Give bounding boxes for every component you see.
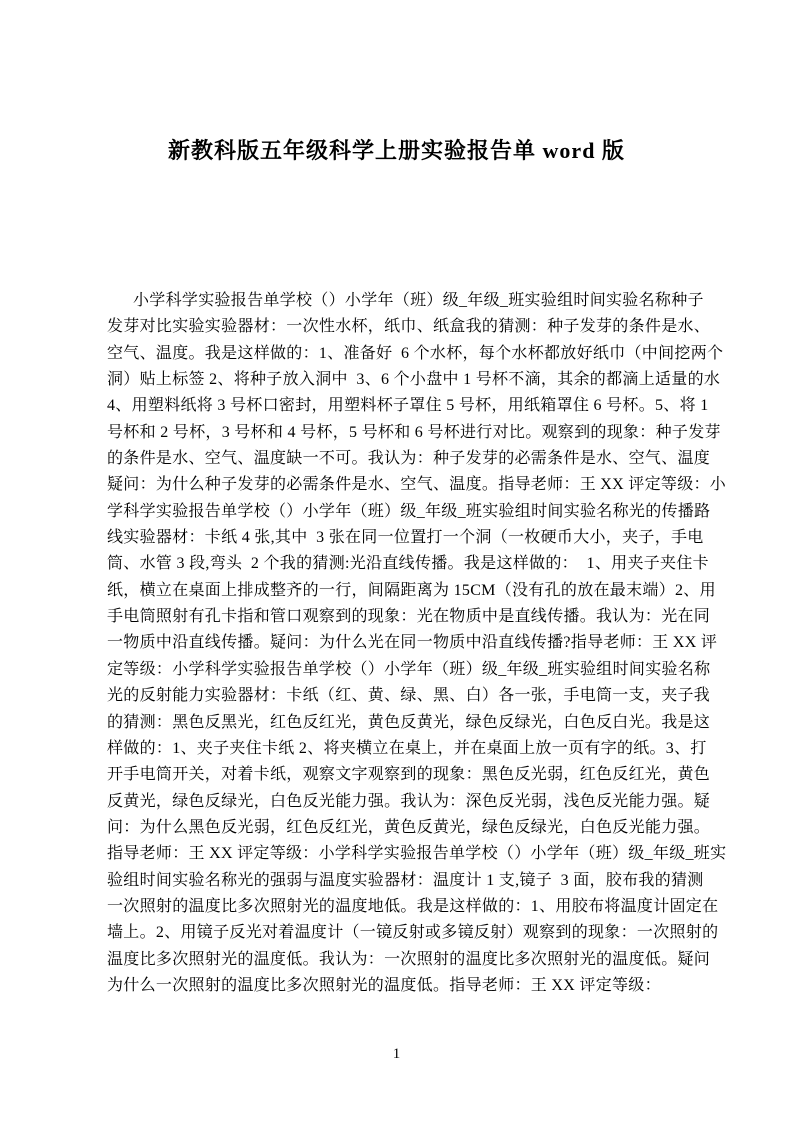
text-line: 线实验器材：卡纸 4 张,其中 3 张在同一位置打一个洞（一枚硬币大小，夹子，手… bbox=[107, 525, 726, 551]
text-line: 问：为什么黑色反光弱，红色反红光，黄色反黄光，绿色反绿光，白色反光能力强。 bbox=[107, 815, 726, 841]
text-line: 样做的：1、夹子夹住卡纸 2、将夹横立在桌上，并在桌面上放一页有字的纸。3、打 bbox=[107, 736, 726, 762]
text-line: 学科学实验报告单学校（）小学年（班）级_年级_班实验组时间实验名称光的传播路 bbox=[107, 499, 726, 525]
text-line: 筒、水管 3 段,弯头 2 个我的猜测:光沿直线传播。我是这样做的： 1、用夹子… bbox=[107, 551, 726, 577]
text-line: 为什么一次照射的温度比多次照射光的温度低。指导老师：王 XX 评定等级： bbox=[107, 973, 726, 999]
text-line: 手电筒照射有孔卡指和管口观察到的现象：光在物质中是直线传播。我认为：光在同 bbox=[107, 604, 726, 630]
text-line: 一次照射的温度比多次照射光的温度地低。我是这样做的：1、用胶布将温度计固定在 bbox=[107, 894, 726, 920]
text-line: 反黄光，绿色反绿光，白色反光能力强。我认为：深色反光弱，浅色反光能力强。疑 bbox=[107, 789, 726, 815]
document-title: 新教科版五年级科学上册实验报告单 word 版 bbox=[0, 134, 793, 165]
text-line: 温度比多次照射光的温度低。我认为：一次照射的温度比多次照射光的温度低。疑问 bbox=[107, 947, 726, 973]
document-body: 小学科学实验报告单学校（）小学年（班）级_年级_班实验组时间实验名称种子发芽对比… bbox=[107, 288, 726, 999]
text-line: 的猜测：黑色反黑光，红色反红光，黄色反黄光，绿色反绿光，白色反白光。我是这 bbox=[107, 710, 726, 736]
text-line: 空气、温度。我是这样做的：1、准备好 6 个水杯，每个水杯都放好纸巾（中间挖两个 bbox=[107, 341, 726, 367]
text-line: 验组时间实验名称光的强弱与温度实验器材：温度计 1 支,镜子 3 面，胶布我的猜… bbox=[107, 868, 726, 894]
text-line: 开手电筒开关，对着卡纸，观察文字观察到的现象：黑色反光弱，红色反红光，黄色 bbox=[107, 762, 726, 788]
text-line: 洞）贴上标签 2、将种子放入洞中 3、6 个小盘中 1 号杯不滴，其余的都滴上适… bbox=[107, 367, 726, 393]
text-line: 疑问：为什么种子发芽的必需条件是水、空气、温度。指导老师：王 XX 评定等级：小 bbox=[107, 472, 726, 498]
text-line: 墙上。2、用镜子反光对着温度计（一镜反射或多镜反射）观察到的现象：一次照射的 bbox=[107, 920, 726, 946]
text-line: 发芽对比实验实验器材：一次性水杯，纸巾、纸盒我的猜测：种子发芽的条件是水、 bbox=[107, 314, 726, 340]
text-line: 4、用塑料纸将 3 号杯口密封，用塑料杯子罩住 5 号杯，用纸箱罩住 6 号杯。… bbox=[107, 393, 726, 419]
text-line: 纸，横立在桌面上排成整齐的一行，间隔距离为 15CM（没有孔的放在最末端）2、用 bbox=[107, 578, 726, 604]
text-line: 一物质中沿直线传播。疑问：为什么光在同一物质中沿直线传播?指导老师：王 XX 评 bbox=[107, 630, 726, 656]
text-line: 的条件是水、空气、温度缺一不可。我认为：种子发芽的必需条件是水、空气、温度 bbox=[107, 446, 726, 472]
document-page: 新教科版五年级科学上册实验报告单 word 版 小学科学实验报告单学校（）小学年… bbox=[0, 0, 793, 1122]
text-line: 号杯和 2 号杯，3 号杯和 4 号杯，5 号杯和 6 号杯进行对比。观察到的现… bbox=[107, 420, 726, 446]
text-line: 光的反射能力实验器材：卡纸（红、黄、绿、黑、白）各一张，手电筒一支，夹子我 bbox=[107, 683, 726, 709]
text-line: 指导老师：王 XX 评定等级：小学科学实验报告单学校（）小学年（班）级_年级_班… bbox=[107, 841, 726, 867]
text-line: 小学科学实验报告单学校（）小学年（班）级_年级_班实验组时间实验名称种子 bbox=[107, 288, 726, 314]
page-number: 1 bbox=[0, 1046, 793, 1063]
text-line: 定等级：小学科学实验报告单学校（）小学年（班）级_年级_班实验组时间实验名称 bbox=[107, 657, 726, 683]
